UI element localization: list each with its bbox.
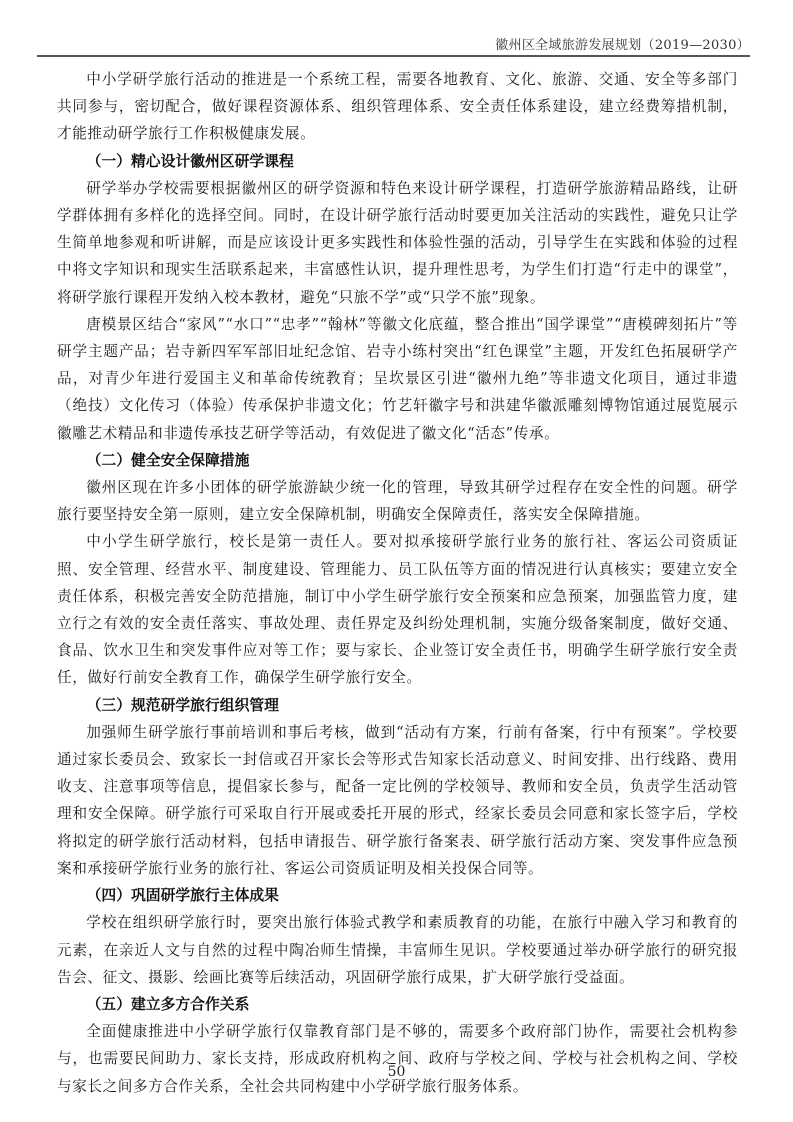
body-paragraph: 学校在组织研学旅行时，要突出旅行体验式教学和素质教育的功能，在旅行中融入学习和教…: [57, 909, 738, 991]
section-2: （二）健全安全保障措施 徽州区现在许多小团体的研学旅游缺少统一化的管理，导致其研…: [57, 447, 738, 692]
header-divider: [37, 55, 750, 57]
running-header: 徽州区全域旅游发展规划（2019—2030）: [37, 34, 750, 56]
section-heading: （三）规范研学旅行组织管理: [57, 692, 738, 719]
section-1: （一）精心设计徽州区研学课程 研学举办学校需要根据徽州区的研学资源和特色来设计研…: [57, 148, 738, 447]
body-paragraph: 全面健康推进中小学研学旅行仅靠教育部门是不够的，需要多个政府部门协作，需要社会机…: [57, 1018, 738, 1100]
page-body: 中小学研学旅行活动的推进是一个系统工程，需要各地教育、文化、旅游、交通、安全等多…: [57, 66, 738, 1100]
section-3: （三）规范研学旅行组织管理 加强师生研学旅行事前培训和事后考核，做到“活动有方案…: [57, 692, 738, 882]
body-paragraph: 徽州区现在许多小团体的研学旅游缺少统一化的管理，导致其研学过程存在安全性的问题。…: [57, 474, 738, 528]
page-number: 50: [0, 1064, 793, 1080]
section-heading: （五）建立多方合作关系: [57, 991, 738, 1018]
body-paragraph: 唐模景区结合“家风”“水口”“忠孝”“翰林”等徽文化底蕴，整合推出“国学课堂”“…: [57, 311, 738, 447]
section-4: （四）巩固研学旅行主体成果 学校在组织研学旅行时，要突出旅行体验式教学和素质教育…: [57, 882, 738, 991]
body-paragraph: 研学举办学校需要根据徽州区的研学资源和特色来设计研学课程，打造研学旅游精品路线，…: [57, 175, 738, 311]
document-title: 徽州区全域旅游发展规划（2019—2030）: [495, 34, 750, 53]
section-5: （五）建立多方合作关系 全面健康推进中小学研学旅行仅靠教育部门是不够的，需要多个…: [57, 991, 738, 1100]
body-paragraph: 中小学生研学旅行，校长是第一责任人。要对拟承接研学旅行业务的旅行社、客运公司资质…: [57, 528, 738, 691]
intro-paragraph: 中小学研学旅行活动的推进是一个系统工程，需要各地教育、文化、旅游、交通、安全等多…: [57, 66, 738, 148]
section-heading: （四）巩固研学旅行主体成果: [57, 882, 738, 909]
section-heading: （二）健全安全保障措施: [57, 447, 738, 474]
body-paragraph: 加强师生研学旅行事前培训和事后考核，做到“活动有方案，行前有备案，行中有预案”。…: [57, 719, 738, 882]
section-heading: （一）精心设计徽州区研学课程: [57, 148, 738, 175]
